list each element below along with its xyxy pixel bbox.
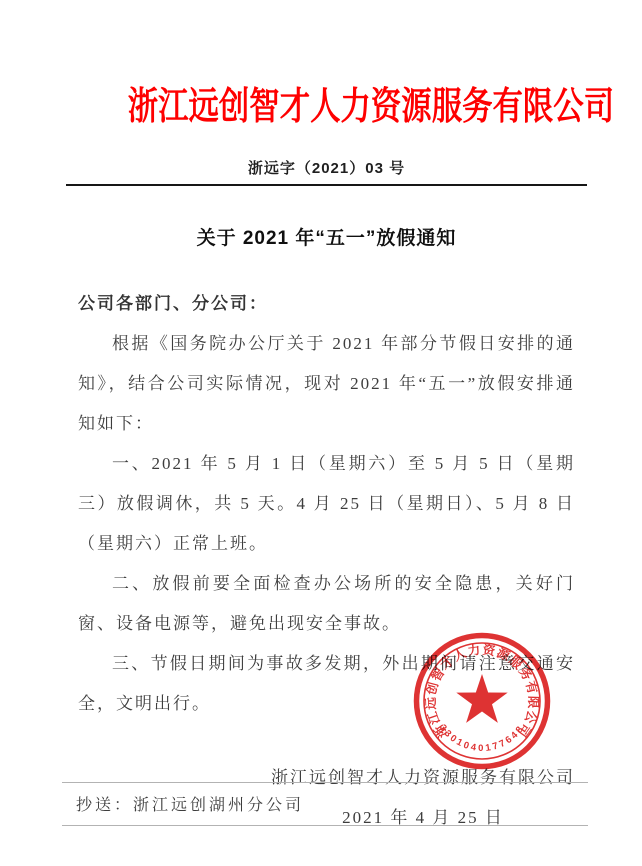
document-number: 浙远字（2021）03 号 [78, 157, 575, 178]
paragraph-item-1: 一、2021 年 5 月 1 日（星期六）至 5 月 5 日（星期三）放假调休，… [78, 444, 575, 564]
footer-divider-bottom [62, 825, 588, 826]
paragraph-item-2: 二、放假前要全面检查办公场所的安全隐患，关好门窗、设备电源等，避免出现安全事故。 [78, 564, 575, 644]
paragraph-intro: 根据《国务院办公厅关于 2021 年部分节假日安排的通知》，结合公司实际情况，现… [78, 324, 575, 444]
notice-title: 关于 2021 年“五一”放假通知 [78, 223, 575, 250]
cc-line: 抄送：浙江远创湖州分公司 [62, 783, 588, 825]
red-header-company-title: 浙江远创智才人力资源服务有限公司 [128, 0, 526, 130]
paragraph-item-3: 三、节假日期间为事故多发期，外出期间请注意交通安全，文明出行。 [78, 644, 575, 724]
salutation-line: 公司各部门、分公司： [78, 292, 575, 316]
footer-cc-block: 抄送：浙江远创湖州分公司 [62, 782, 588, 826]
notice-body: 根据《国务院办公厅关于 2021 年部分节假日安排的通知》，结合公司实际情况，现… [78, 324, 575, 724]
document-page: 浙江远创智才人力资源服务有限公司 浙远字（2021）03 号 关于 2021 年… [0, 0, 642, 866]
header-divider [66, 184, 587, 186]
